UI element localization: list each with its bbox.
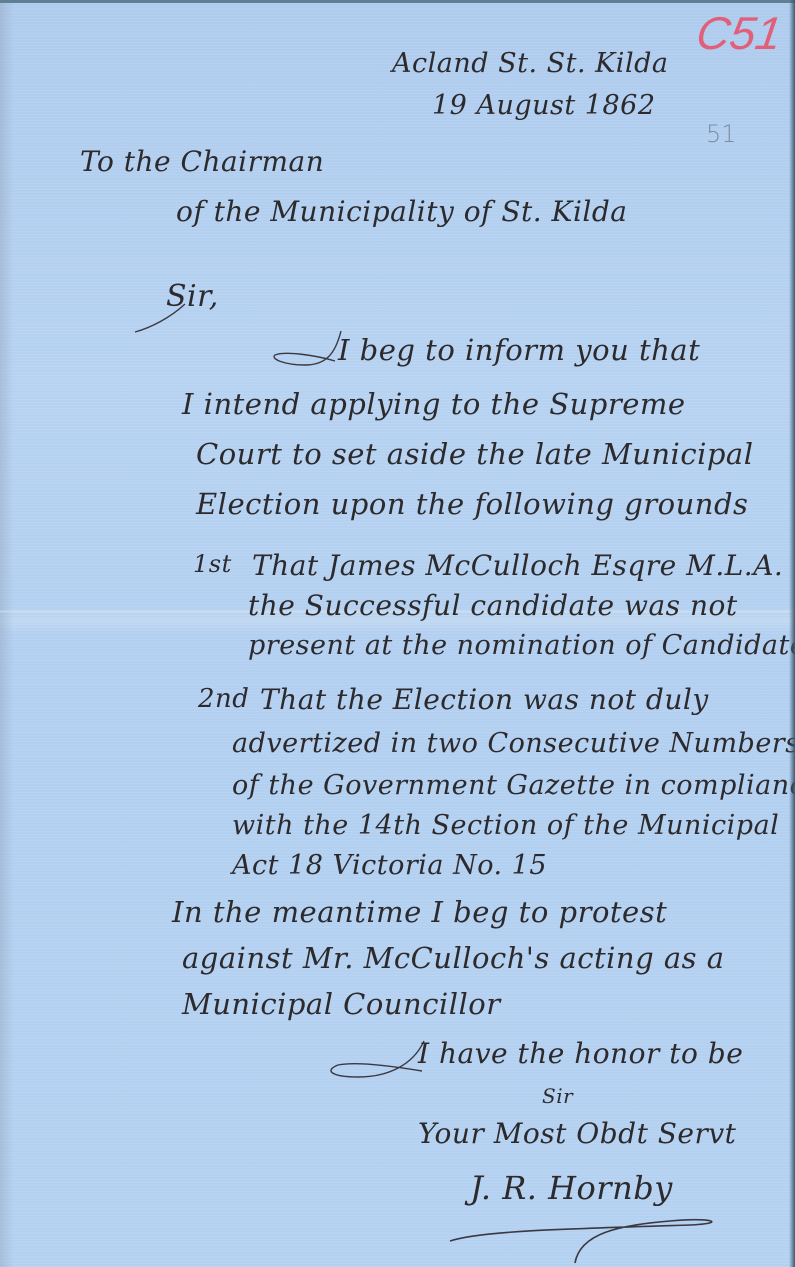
signature: J. R. Hornby — [470, 1172, 673, 1204]
valediction-line-2: Sir — [542, 1086, 573, 1106]
header-address: Acland St. St. Kilda — [392, 50, 668, 77]
intro-line-3: Court to set aside the late Municipal — [196, 440, 753, 469]
signature-flourish-icon — [440, 1205, 740, 1265]
archive-reference-pencil: 51 — [706, 122, 737, 146]
page-top-edge — [0, 0, 795, 3]
ground-2-line-5: Act 18 Victoria No. 15 — [232, 852, 547, 879]
archive-reference-red: C51 — [694, 10, 785, 56]
ground-1-number: 1st — [193, 552, 232, 576]
ground-2-line-2: advertized in two Consecutive Numbers — [232, 730, 795, 757]
intro-line-1: I beg to inform you that — [338, 336, 700, 365]
ground-1-line-3: present at the nomination of Candidates — [248, 632, 795, 659]
recipient-line-2: of the Municipality of St. Kilda — [176, 198, 628, 226]
ground-2-line-4: with the 14th Section of the Municipal — [232, 812, 779, 839]
valediction-line-3: Your Most Obdt Servt — [418, 1120, 736, 1148]
intro-line-4: Election upon the following grounds — [196, 490, 748, 519]
recipient-line-1: To the Chairman — [80, 148, 324, 176]
greeting-flourish-icon — [130, 300, 190, 340]
ground-2-line-1: That the Election was not duly — [260, 686, 709, 714]
intro-line-2: I intend applying to the Supreme — [182, 390, 686, 419]
ground-2-line-3: of the Government Gazette in compliance — [232, 772, 795, 799]
valediction-flourish-icon — [318, 1035, 428, 1085]
header-date: 19 August 1862 — [432, 92, 656, 119]
paragraph-flourish-icon — [265, 325, 345, 375]
ground-1-line-1: That James McCulloch Esqre M.L.A. — [252, 552, 783, 580]
closing-line-2: against Mr. McCulloch's acting as a — [182, 944, 725, 973]
ground-1-line-2: the Successful candidate was not — [248, 592, 738, 620]
closing-line-1: In the meantime I beg to protest — [172, 898, 667, 927]
closing-line-3: Municipal Councillor — [182, 990, 501, 1019]
valediction-line-1: I have the honor to be — [418, 1040, 743, 1068]
letter-page: C51 51 Acland St. St. Kilda 19 August 18… — [0, 0, 795, 1267]
ground-2-number: 2nd — [198, 686, 249, 712]
